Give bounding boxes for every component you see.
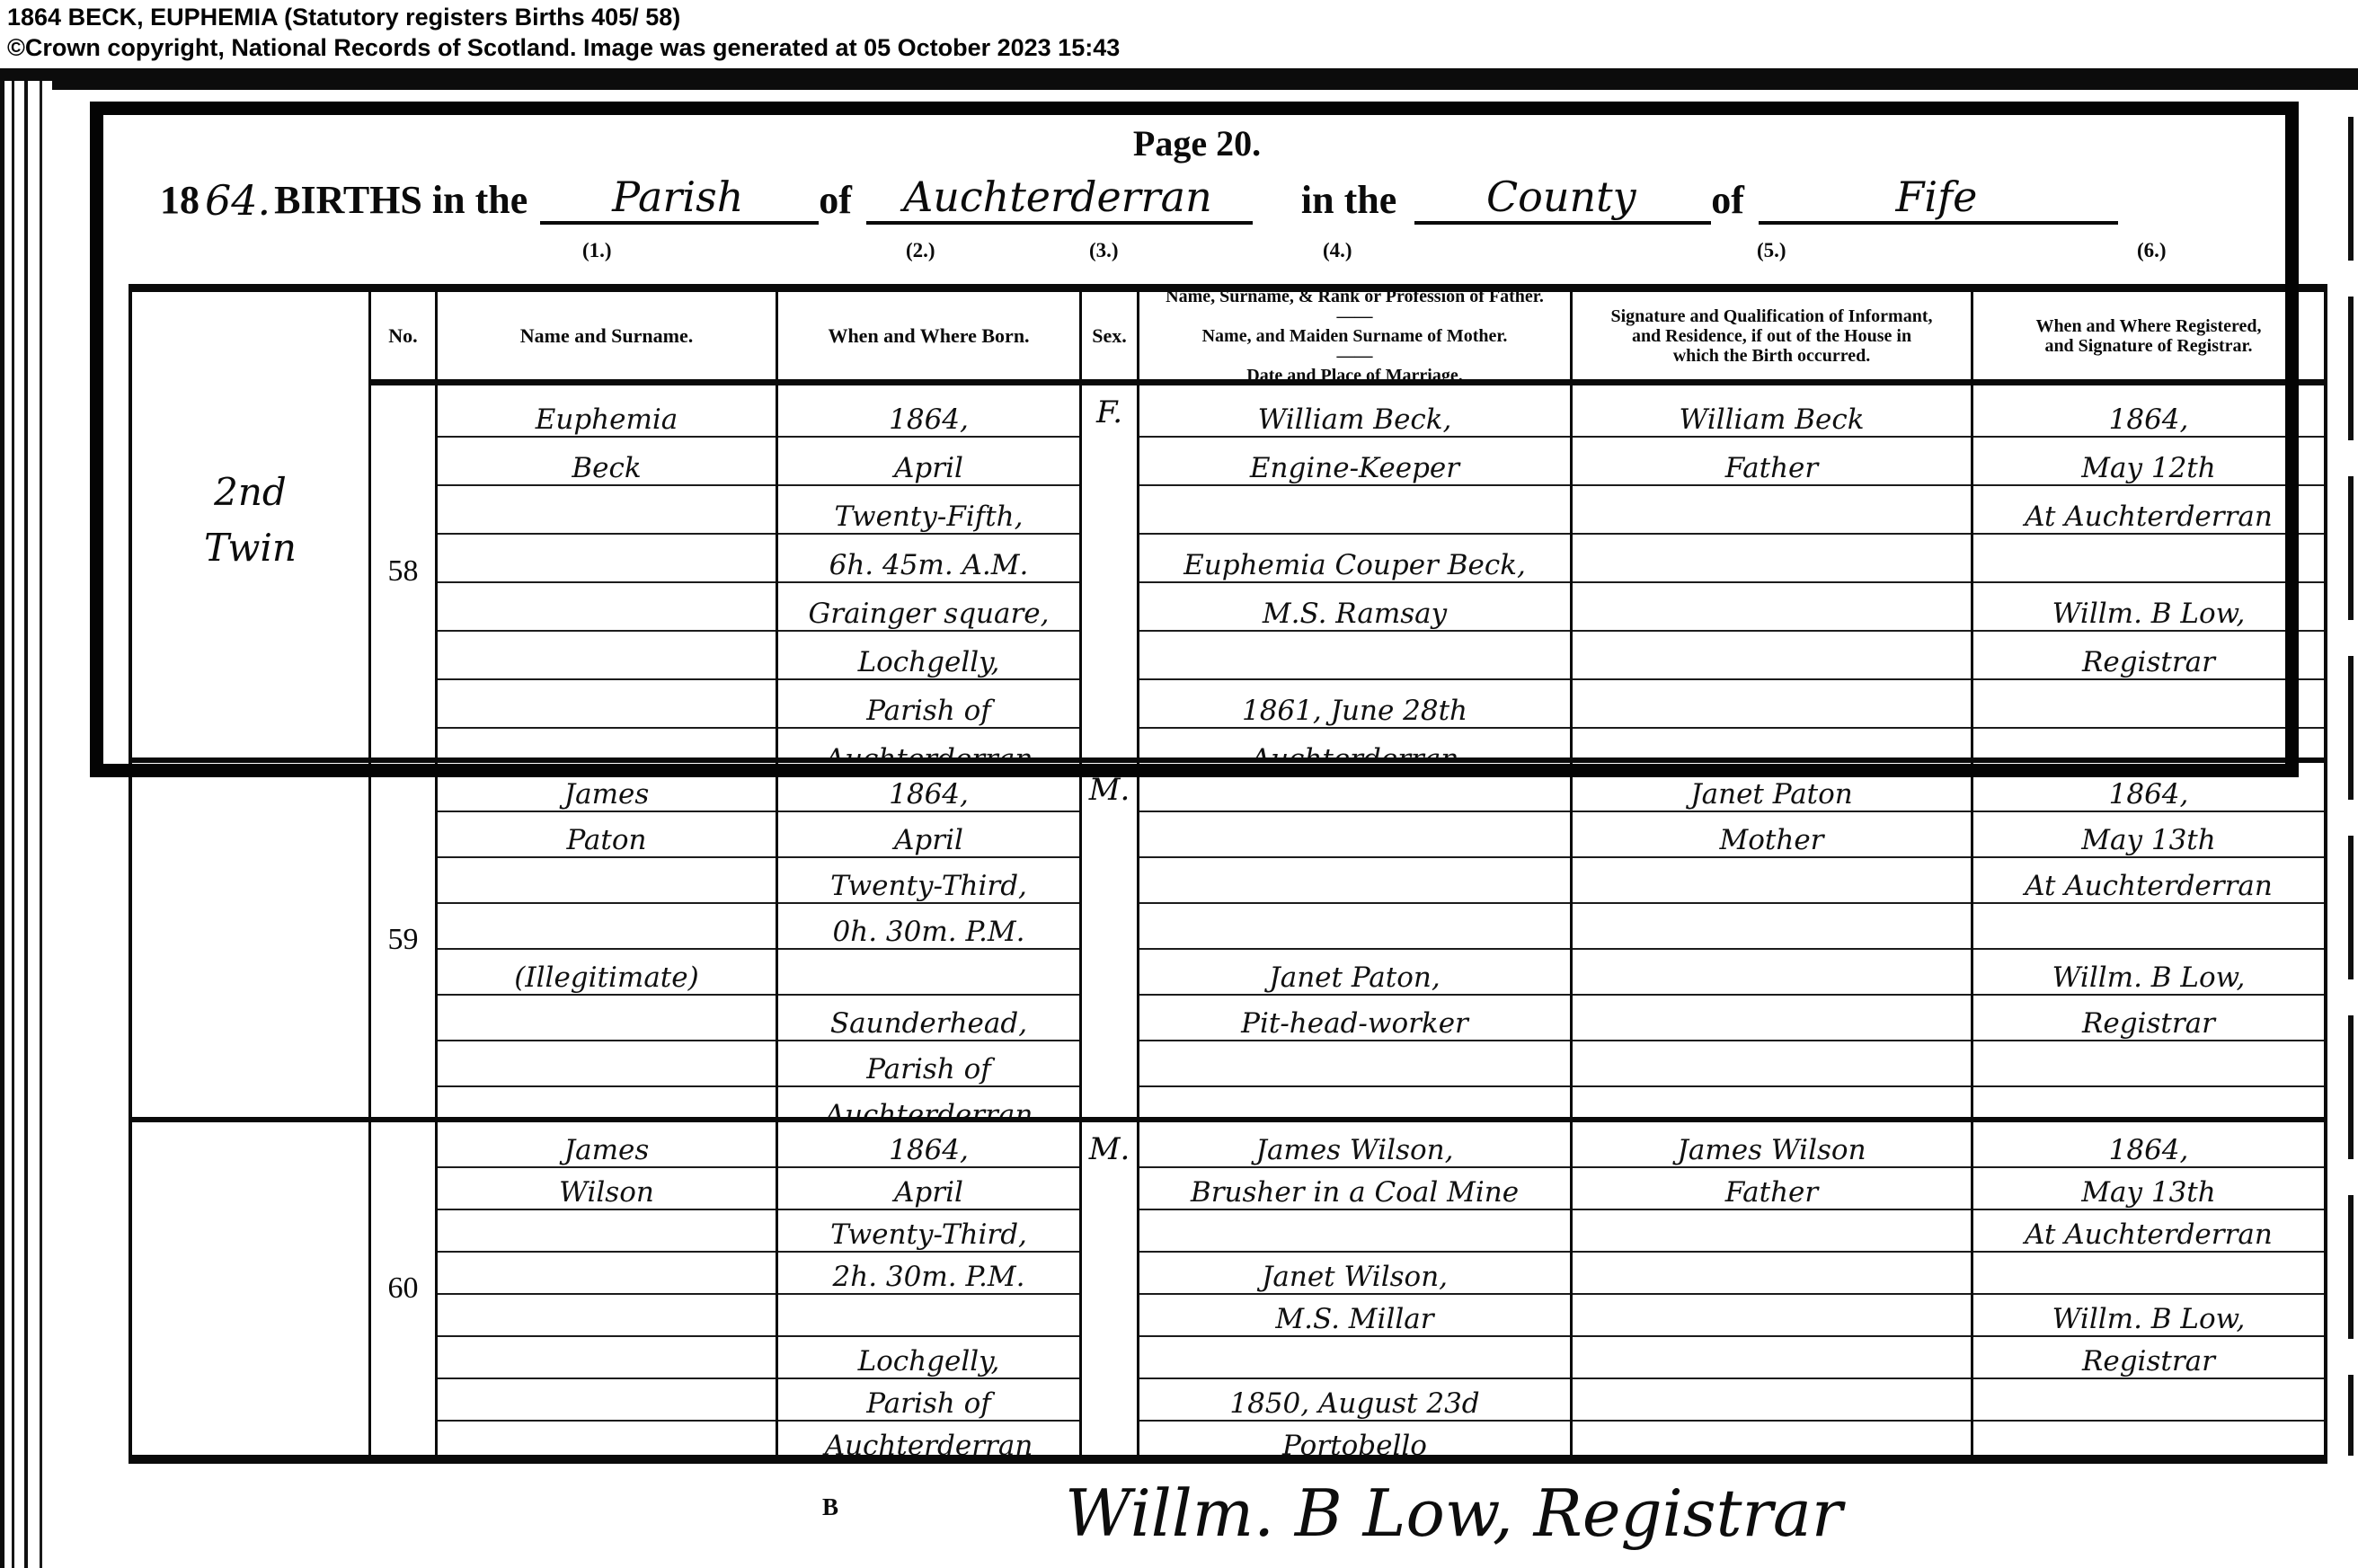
text-line: 1864,: [778, 1126, 1079, 1168]
text-line: [1973, 729, 2324, 763]
title-county-name: Fife: [1759, 173, 2118, 225]
text-line: [438, 632, 776, 680]
text-line: Father: [1573, 438, 1971, 486]
text-line: William Beck: [1573, 389, 1971, 438]
scan-top-edge: [0, 68, 2358, 90]
text-line: [1573, 486, 1971, 535]
title-year-prefix: 18: [160, 177, 205, 225]
margin-header-cell: [132, 292, 371, 385]
text-line: Auchterderran: [778, 1422, 1079, 1455]
text-line: 2nd: [214, 465, 287, 520]
screenshot-root: 1864 BECK, EUPHEMIA (Statutory registers…: [0, 0, 2358, 1568]
text-line: Willm. B Low,: [1973, 1295, 2324, 1337]
column-header-name: Name and Surname.: [438, 292, 778, 385]
text-line: [1139, 904, 1570, 950]
text-line: [438, 1337, 776, 1379]
text-line: Portobello: [1139, 1422, 1570, 1455]
book-binding-edge: [0, 81, 52, 1568]
text-line: ——: [1337, 306, 1373, 326]
entry-59-name-cell: JamesPaton(Illegitimate): [438, 763, 778, 1122]
text-line: At Auchterderran: [1973, 858, 2324, 904]
text-line: Parish of: [778, 680, 1079, 729]
printer-mark: B: [822, 1493, 838, 1521]
text-line: [438, 1041, 776, 1087]
text-line: [1573, 996, 1971, 1041]
entry-59-born-cell: 1864,AprilTwenty-Third,0h. 30m. P.M.Saun…: [778, 763, 1082, 1122]
text-line: [1573, 904, 1971, 950]
register-table: No. Name and Surname. When and Where Bor…: [129, 284, 2327, 1464]
text-line: [1573, 858, 1971, 904]
title-in-the: in the: [1301, 177, 1402, 225]
entry-59-parents-cell: Janet Paton,Pit-head-worker: [1139, 763, 1573, 1122]
text-line: May 13th: [1973, 1168, 2324, 1210]
text-line: 0h. 30m. P.M.: [778, 904, 1079, 950]
text-line: Auchterderran: [778, 1087, 1079, 1122]
text-line: James Wilson,: [1139, 1126, 1570, 1168]
text-line: [1139, 632, 1570, 680]
text-line: Willm. B Low,: [1973, 583, 2324, 632]
text-line: [1573, 1422, 1971, 1455]
text-line: April: [778, 1168, 1079, 1210]
text-line: 1864,: [778, 389, 1079, 438]
text-line: Saunderhead,: [778, 996, 1079, 1041]
text-line: [438, 1087, 776, 1122]
scan-right-edge: [2348, 117, 2354, 1456]
text-line: Wilson: [438, 1168, 776, 1210]
text-line: [438, 1379, 776, 1422]
entry-58-born-cell: 1864,AprilTwenty-Fifth,6h. 45m. A.M.Grai…: [778, 385, 1082, 763]
text-line: [1973, 1087, 2324, 1122]
text-line: [1973, 904, 2324, 950]
entry-59-margin-note: [132, 763, 371, 1122]
text-line: [438, 583, 776, 632]
text-line: [1573, 1379, 1971, 1422]
text-line: 1850, August 23d: [1139, 1379, 1570, 1422]
column-header-sex: Sex.: [1082, 292, 1139, 385]
text-line: 2h. 30m. P.M.: [778, 1253, 1079, 1295]
text-line: Willm. B Low,: [1973, 950, 2324, 996]
record-title: 1864 BECK, EUPHEMIA (Statutory registers…: [7, 2, 1120, 32]
text-line: [438, 1253, 776, 1295]
text-line: and Signature of Registrar.: [2044, 336, 2252, 356]
text-line: [1139, 486, 1570, 535]
entry-58-registered-cell: 1864,May 12thAt AuchterderranWillm. B Lo…: [1973, 385, 2324, 763]
text-line: At Auchterderran: [1973, 486, 2324, 535]
title-parish-word: Parish: [540, 173, 819, 225]
title-of-2: of: [1711, 177, 1750, 225]
text-line: [438, 1422, 776, 1455]
text-line: 1861, June 28th: [1139, 680, 1570, 729]
text-line: M.S. Millar: [1139, 1295, 1570, 1337]
text-line: 1864,: [1973, 389, 2324, 438]
text-line: [438, 904, 776, 950]
text-line: ——: [1337, 346, 1373, 366]
text-line: [438, 1210, 776, 1253]
text-line: Auchterderran: [1139, 729, 1570, 763]
text-line: Janet Paton,: [1139, 950, 1570, 996]
text-line: [1573, 1041, 1971, 1087]
text-line: Mother: [1573, 812, 1971, 858]
entry-60-informant-cell: James WilsonFather: [1573, 1122, 1973, 1455]
text-line: [1573, 535, 1971, 583]
text-line: [438, 486, 776, 535]
text-line: 6h. 45m. A.M.: [778, 535, 1079, 583]
text-line: [1973, 535, 2324, 583]
text-line: [438, 535, 776, 583]
text-line: [1573, 1295, 1971, 1337]
text-line: Parish of: [778, 1041, 1079, 1087]
text-line: Twenty-Third,: [778, 858, 1079, 904]
text-line: James Wilson: [1573, 1126, 1971, 1168]
text-line: Twenty-Fifth,: [778, 486, 1079, 535]
text-line: [1573, 1337, 1971, 1379]
title-of-1: of: [819, 177, 857, 225]
text-line: Janet Wilson,: [1139, 1253, 1570, 1295]
column-number-4: (4.): [1323, 239, 1352, 262]
text-line: [438, 729, 776, 763]
text-line: [1573, 1087, 1971, 1122]
text-line: [1139, 1087, 1570, 1122]
text-line: Janet Paton: [1573, 766, 1971, 812]
entry-58-margin-note: 2ndTwin: [132, 385, 371, 763]
text-line: [1573, 950, 1971, 996]
text-line: M.S. Ramsay: [1139, 583, 1570, 632]
registrar-signature: Willm. B Low, Registrar: [1065, 1475, 1842, 1551]
text-line: Registrar: [1973, 632, 2324, 680]
text-line: [1573, 729, 1971, 763]
column-header-parents: Name, Surname, & Rank or Profession of F…: [1139, 292, 1573, 385]
entry-58-parents-cell: William Beck,Engine-KeeperEuphemia Coupe…: [1139, 385, 1573, 763]
text-line: At Auchterderran: [1973, 1210, 2324, 1253]
entry-58-sex-cell: F.: [1082, 385, 1139, 763]
column-number-6: (6.): [2137, 239, 2167, 262]
text-line: Registrar: [1973, 1337, 2324, 1379]
text-line: [1139, 766, 1570, 812]
text-line: Name, Surname, & Rank or Profession of F…: [1166, 292, 1544, 306]
copyright-line: ©Crown copyright, National Records of Sc…: [7, 32, 1120, 63]
text-line: Lochgelly,: [778, 1337, 1079, 1379]
text-line: May 13th: [1973, 812, 2324, 858]
text-line: Auchterderran: [778, 729, 1079, 763]
entry-58-name-cell: EuphemiaBeck: [438, 385, 778, 763]
text-line: Father: [1573, 1168, 1971, 1210]
text-line: Paton: [438, 812, 776, 858]
text-line: Grainger square,: [778, 583, 1079, 632]
text-line: [1573, 583, 1971, 632]
entry-60-margin-note: [132, 1122, 371, 1455]
column-number-1: (1.): [582, 239, 612, 262]
entry-60-parents-cell: James Wilson,Brusher in a Coal MineJanet…: [1139, 1122, 1573, 1455]
text-line: Brusher in a Coal Mine: [1139, 1168, 1570, 1210]
text-line: and Residence, if out of the House in: [1632, 326, 1911, 346]
column-number-3: (3.): [1089, 239, 1119, 262]
text-line: James: [438, 1126, 776, 1168]
text-line: Euphemia: [438, 389, 776, 438]
text-line: April: [778, 438, 1079, 486]
text-line: Date and Place of Marriage.: [1246, 366, 1462, 385]
title-county-word: County: [1414, 173, 1711, 225]
text-line: [1973, 1422, 2324, 1455]
title-parish-name: Auchterderran: [866, 173, 1253, 225]
text-line: [438, 1295, 776, 1337]
text-line: Euphemia Couper Beck,: [1139, 535, 1570, 583]
text-line: [1139, 1041, 1570, 1087]
text-line: Engine-Keeper: [1139, 438, 1570, 486]
text-line: Registrar: [1973, 996, 2324, 1041]
text-line: [1973, 680, 2324, 729]
text-line: [1973, 1041, 2324, 1087]
text-line: [778, 1295, 1079, 1337]
entry-60-born-cell: 1864,AprilTwenty-Third,2h. 30m. P.M.Loch…: [778, 1122, 1082, 1455]
title-year-written: 64.: [205, 176, 274, 225]
text-line: [778, 950, 1079, 996]
text-line: Beck: [438, 438, 776, 486]
text-line: Signature and Qualification of Informant…: [1611, 306, 1933, 326]
register-title: 18 64. BIRTHS in the Parish of Auchterde…: [160, 158, 2118, 225]
text-line: [1573, 680, 1971, 729]
text-line: [1573, 632, 1971, 680]
text-line: which the Birth occurred.: [1673, 346, 1871, 366]
text-line: [1139, 858, 1570, 904]
column-header-informant: Signature and Qualification of Informant…: [1573, 292, 1973, 385]
text-line: (Illegitimate): [438, 950, 776, 996]
text-line: 1864,: [778, 766, 1079, 812]
text-line: 1864,: [1973, 1126, 2324, 1168]
column-header-born: When and Where Born.: [778, 292, 1082, 385]
entry-60-name-cell: JamesWilson: [438, 1122, 778, 1455]
text-line: Lochgelly,: [778, 632, 1079, 680]
text-line: Twin: [204, 520, 297, 576]
text-line: When and Where Registered,: [2035, 316, 2261, 336]
text-line: Twenty-Third,: [778, 1210, 1079, 1253]
text-line: [1973, 1379, 2324, 1422]
entry-60-sex-cell: M.: [1082, 1122, 1139, 1455]
title-births: BIRTHS in the: [274, 177, 533, 225]
entry-59-number: 59: [371, 763, 438, 1122]
entry-60-registered-cell: 1864,May 13thAt AuchterderranWillm. B Lo…: [1973, 1122, 2324, 1455]
text-line: May 12th: [1973, 438, 2324, 486]
text-line: [438, 680, 776, 729]
entry-59-informant-cell: Janet PatonMother: [1573, 763, 1973, 1122]
text-line: [1973, 1253, 2324, 1295]
text-line: James: [438, 766, 776, 812]
text-line: 1864,: [1973, 766, 2324, 812]
column-header-no: No.: [371, 292, 438, 385]
viewer-header: 1864 BECK, EUPHEMIA (Statutory registers…: [7, 2, 1120, 63]
text-line: [1139, 1210, 1570, 1253]
column-number-5: (5.): [1757, 239, 1786, 262]
entry-60-number: 60: [371, 1122, 438, 1455]
entry-59-registered-cell: 1864,May 13thAt AuchterderranWillm. B Lo…: [1973, 763, 2324, 1122]
text-line: Name, and Maiden Surname of Mother.: [1202, 326, 1508, 346]
text-line: [1139, 812, 1570, 858]
entry-58-number: 58: [371, 385, 438, 763]
text-line: [438, 996, 776, 1041]
text-line: Pit-head-worker: [1139, 996, 1570, 1041]
text-line: William Beck,: [1139, 389, 1570, 438]
text-line: April: [778, 812, 1079, 858]
text-line: [1573, 1210, 1971, 1253]
column-number-2: (2.): [906, 239, 935, 262]
entry-58-informant-cell: William BeckFather: [1573, 385, 1973, 763]
entry-59-sex-cell: M.: [1082, 763, 1139, 1122]
column-header-registered: When and Where Registered,and Signature …: [1973, 292, 2324, 385]
text-line: Parish of: [778, 1379, 1079, 1422]
text-line: [438, 858, 776, 904]
text-line: [1573, 1253, 1971, 1295]
text-line: [1139, 1337, 1570, 1379]
